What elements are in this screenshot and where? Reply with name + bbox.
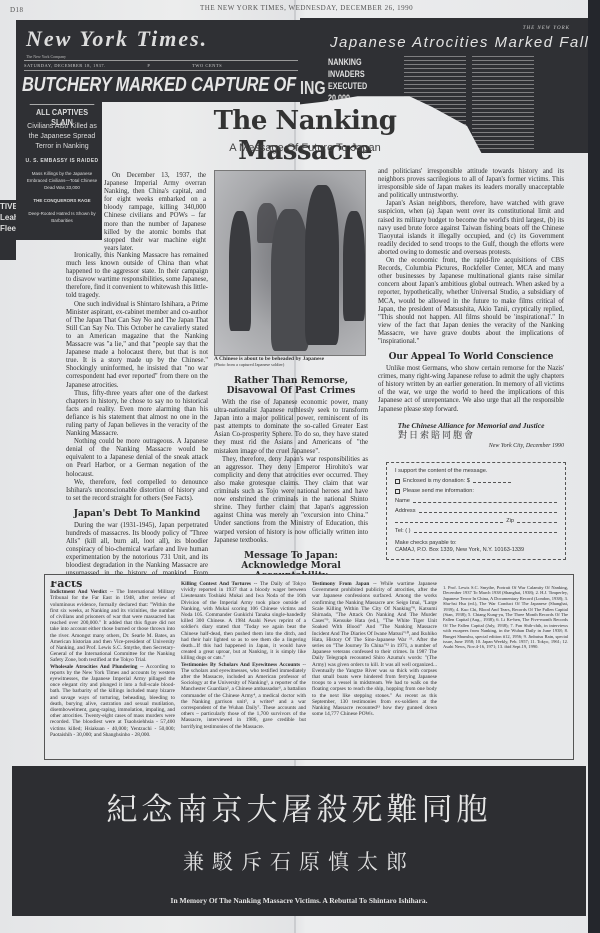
article-title: The Nanking Massacre [160, 106, 450, 166]
info-checkbox[interactable] [395, 489, 400, 494]
old-subhead: Civilians Also Killed as the Japanese Sp… [24, 122, 100, 152]
article-subtitle: A Message Of Future To Japan [160, 142, 450, 154]
photo-caption: A Chinese is about to be beheaded by Jap… [214, 356, 374, 368]
facts-section: Indictment And Verdict -- The Internatio… [50, 589, 175, 663]
facts-column-3: Testimony From Japan -- While wartime Ja… [312, 581, 437, 755]
background-edge [588, 0, 600, 933]
historical-clipping-column: ALL CAPTIVES SLAIN Civilians Also Killed… [16, 100, 102, 240]
name-field[interactable]: Name [395, 498, 557, 504]
zip-field[interactable]: Zip [395, 518, 557, 524]
historical-clipping-left: New York Times. The New York Company SAT… [16, 20, 306, 102]
soldier-figure [305, 185, 339, 345]
facts-column-1: Facts Indictment And Verdict -- The Inte… [50, 581, 175, 755]
facts-column-2: Killing Contest And Tortures -- The Dail… [181, 581, 306, 755]
donation-checkbox[interactable] [395, 479, 400, 484]
memorial-english-caption: In Memory Of The Nanking Massacre Victim… [12, 896, 586, 905]
old-masthead-sub: The New York Company [26, 54, 66, 59]
footnotes: 1. Prof. Lewis S.C. Smythe, Portrait Of … [443, 585, 568, 650]
old-subhead: Deep-Rooted Hatred Is Shown by Barbariti… [24, 210, 100, 224]
signature-chinese: 對日索賠同胞會 [378, 432, 564, 440]
soldier-figure [343, 211, 365, 321]
section-heading: Japan's Debt To Mankind [66, 509, 208, 519]
old-masthead: New York Times. [26, 26, 208, 52]
article-column-2: Rather Than Remorse, Disavowal Of Past C… [214, 370, 368, 608]
old-subhead: THE CONQUERORS RAGE [24, 198, 100, 203]
historical-photo [214, 170, 366, 356]
facts-box: Facts Indictment And Verdict -- The Inte… [44, 574, 574, 760]
facts-section: Killing Contest And Tortures -- The Dail… [181, 581, 306, 662]
memorial-banner: 紀念南京大屠殺死難同胞 兼駁斥石原慎太郎 In Memory Of The Na… [12, 766, 586, 916]
newspaper-dateline: THE NEW YORK TIMES, WEDNESDAY, DECEMBER … [200, 4, 413, 12]
memorial-chinese-title: 紀念南京大屠殺死難同胞 [12, 784, 586, 829]
facts-title: Facts [50, 581, 175, 587]
old-fragment: ING [300, 78, 326, 99]
section-heading: Our Appeal To World Conscience [378, 352, 564, 362]
old-dateline: SATURDAY, DECEMBER 18, 1937. P TWO CENTS [24, 60, 298, 71]
old-paper-name: THE NEW YORK [523, 26, 570, 31]
article-lead: On December 13, 1937, the Japanese Imper… [104, 172, 206, 253]
info-option[interactable]: Please send me information: [395, 488, 557, 494]
facts-column-4: 1. Prof. Lewis S.C. Smythe, Portrait Of … [443, 581, 568, 755]
facts-section: Testimony From Japan -- While wartime Ja… [312, 581, 437, 717]
soldier-figure [229, 211, 251, 331]
facts-section: Wholesale Atrocities And Plundering -- A… [50, 664, 175, 738]
memorial-chinese-subtitle: 兼駁斥石原慎太郎 [12, 846, 586, 876]
old-text-column [472, 56, 534, 151]
coupon-heading: I support the content of the message. [395, 468, 557, 474]
photo-credit: (Photo from a captured Japanese soldier) [214, 362, 374, 368]
old-side-fragment: TIVE Leahy Fleet [0, 200, 16, 260]
signature: The Chinese Alliance for Memorial and Ju… [378, 422, 564, 430]
article-column-3: and politicians' irresponsible attitude … [378, 168, 564, 450]
tel-field[interactable]: Tel: ( ) [395, 528, 557, 534]
facts-section: Testimonies By Scholars And Eyewitness A… [181, 662, 306, 730]
page-number: D18 [10, 6, 24, 14]
payment-instructions: Make checks payable to: CAMAJ, P.O. Box … [395, 540, 557, 554]
address-field[interactable]: Address [395, 508, 557, 514]
support-coupon: I support the content of the message. En… [386, 462, 566, 560]
donation-option[interactable]: Enclosed is my donation: $ [395, 478, 557, 484]
section-heading: Rather Than Remorse, Disavowal Of Past C… [214, 376, 368, 396]
donation-amount-field[interactable] [473, 479, 511, 483]
signature-date: New York City, December 1990 [378, 442, 564, 450]
old-headline: Japanese Atrocities Marked Fall of [330, 34, 600, 51]
victim-figure [271, 209, 309, 351]
old-subhead: U. S. EMBASSY IS RAIDED [24, 158, 100, 164]
newspaper-page: D18 THE NEW YORK TIMES, WEDNESDAY, DECEM… [0, 0, 588, 933]
old-subhead: Mass Killings by the Japanese Embraced C… [24, 170, 100, 191]
